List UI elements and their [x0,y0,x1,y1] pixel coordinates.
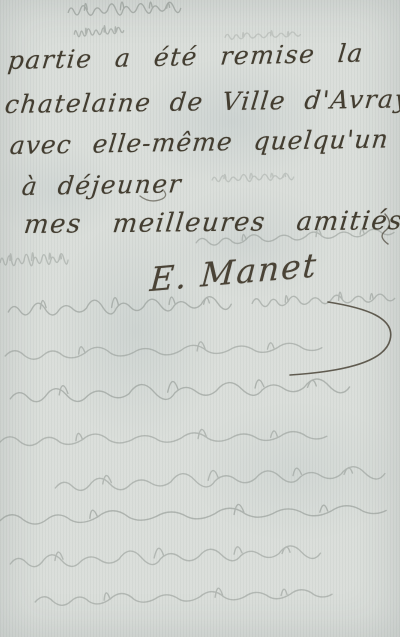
letter-page: partie a été remise la chatelaine de Vil… [0,0,400,637]
signature-flourish [0,0,400,637]
